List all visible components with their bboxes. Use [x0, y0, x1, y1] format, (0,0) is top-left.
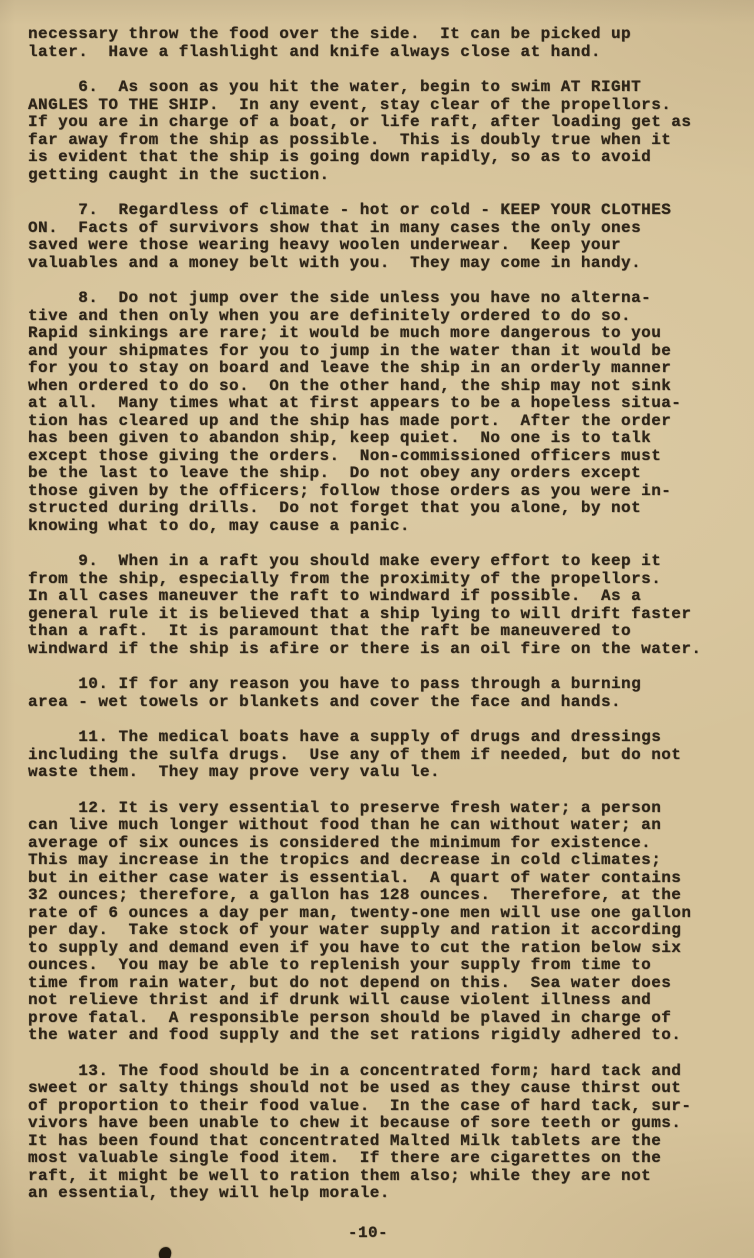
page-body: necessary throw the food over the side. … [28, 26, 740, 1242]
paragraph-item-6: 6. As soon as you hit the water, begin t… [28, 79, 740, 184]
paragraph-item-9: 9. When in a raft you should make every … [28, 553, 740, 658]
paragraph-item-10: 10. If for any reason you have to pass t… [28, 676, 740, 711]
page-number: -10- [28, 1225, 708, 1243]
paragraph-item-8: 8. Do not jump over the side unless you … [28, 290, 740, 535]
paragraph-item-11: 11. The medical boats have a supply of d… [28, 729, 740, 782]
ink-smudge-mark [158, 1246, 172, 1258]
paragraph-item-7: 7. Regardless of climate - hot or cold -… [28, 202, 740, 272]
scanned-document-page: necessary throw the food over the side. … [0, 0, 754, 1258]
paragraph-item-12: 12. It is very essential to preserve fre… [28, 800, 740, 1045]
paragraph-continuation: necessary throw the food over the side. … [28, 26, 740, 61]
paragraph-item-13: 13. The food should be in a concentrated… [28, 1063, 740, 1203]
